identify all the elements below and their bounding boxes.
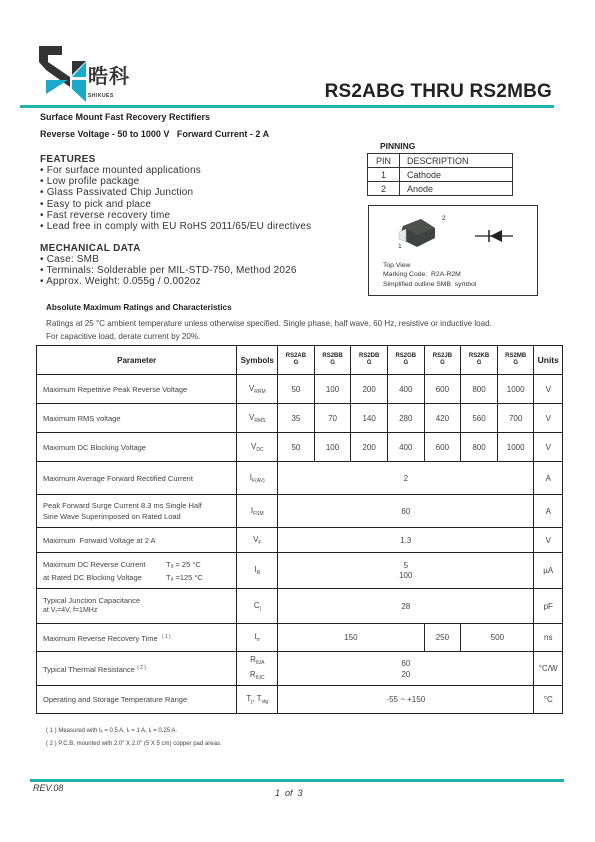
parameter-cell: Maximum DC Reverse CurrentTₐ = 25 °C at … [37, 553, 237, 589]
device-header: RS2GBG [387, 346, 424, 375]
description-column-header: DESCRIPTION [400, 154, 513, 168]
parameter-cell: Maximum Forward Voltage at 2 A [37, 528, 237, 553]
product-subtitle: Surface Mount Fast Recovery Rectifiers [40, 112, 210, 122]
table-row: Maximum RMS voltage VRMS 35 70 140 280 4… [37, 404, 563, 433]
value-cell: 50 [278, 375, 315, 404]
feature-item: Fast reverse recovery time [40, 210, 311, 221]
symbol-cell: Tj, Tstg [237, 686, 278, 714]
ratings-note: Ratings at 25 °C ambient temperature unl… [46, 317, 586, 343]
parameter-cell: Maximum RMS voltage [37, 404, 237, 433]
value-cell: 50 [278, 433, 315, 462]
device-header: RS2BBG [314, 346, 351, 375]
value-cell: -55 ~ +150 [278, 686, 534, 714]
ratings-heading: Absolute Maximum Ratings and Characteris… [46, 303, 232, 312]
value-cell: 1000 [497, 433, 534, 462]
footnotes: ( 1 ) Measured with Iₓ = 0.5 A, Iᵣ = 1 A… [46, 725, 222, 751]
symbol-cell: IF(AV) [237, 462, 278, 495]
value-cell: 1000 [497, 375, 534, 404]
value-cell: 60 [278, 495, 534, 528]
page-title: RS2ABG THRU RS2MBG [325, 81, 552, 103]
value-cell: 560 [461, 404, 498, 433]
unit-cell: A [534, 462, 563, 495]
value-cell: 280 [387, 404, 424, 433]
symbol-cell: trr [237, 624, 278, 652]
brand-name-en: SHIKUES [88, 93, 114, 99]
pinning-table: PIN DESCRIPTION 1 Cathode 2 Anode [367, 153, 513, 196]
symbol-cell: IR [237, 553, 278, 589]
table-header-row: Parameter Symbols RS2ABG RS2BBG RS2DBG R… [37, 346, 563, 375]
value-cell: 700 [497, 404, 534, 433]
mechanical-item: Terminals: Solderable per MIL-STD-750, M… [40, 265, 297, 276]
device-header: RS2KBG [461, 346, 498, 375]
value-cell: 800 [461, 375, 498, 404]
revision-label: REV.08 [33, 783, 63, 793]
symbol-cell: VDC [237, 433, 278, 462]
value-cell: 1.3 [278, 528, 534, 553]
value-cell: 420 [424, 404, 461, 433]
ratings-note-line: Ratings at 25 °C ambient temperature unl… [46, 317, 586, 330]
parameter-cell: Typical Thermal Resistance ( 2 ) [37, 652, 237, 686]
feature-item: Low profile package [40, 176, 311, 187]
value-cell: 600 [424, 375, 461, 404]
device-header: RS2ABG [278, 346, 315, 375]
table-row: 2 Anode [368, 182, 513, 196]
value-cell: 140 [351, 404, 388, 433]
value-cell: 100 [314, 433, 351, 462]
value-cell: 400 [387, 433, 424, 462]
header-divider [20, 105, 554, 108]
table-row: 1 Cathode [368, 168, 513, 182]
pin-number: 2 [368, 182, 400, 196]
table-row: Maximum Repetitive Peak Reverse Voltage … [37, 375, 563, 404]
pinning-header-row: PIN DESCRIPTION [368, 154, 513, 168]
value-cell: 250 [424, 624, 461, 652]
unit-cell: pF [534, 589, 563, 624]
pinning-heading: PINNING [380, 141, 415, 151]
footer-divider [30, 779, 564, 782]
unit-cell: V [534, 433, 563, 462]
parameter-cell: Maximum Average Forward Rectified Curren… [37, 462, 237, 495]
mechanical-list: Case: SMB Terminals: Solderable per MIL-… [40, 254, 297, 288]
unit-cell: ns [534, 624, 563, 652]
feature-item: Glass Passivated Chip Junction [40, 187, 311, 198]
unit-cell: µA [534, 553, 563, 589]
parameter-header: Parameter [37, 346, 237, 375]
value-cell: 200 [351, 375, 388, 404]
features-heading: FEATURES [40, 154, 96, 165]
pin-column-header: PIN [368, 154, 400, 168]
marking-code: Marking Code: R2A-R2M [383, 270, 461, 280]
unit-cell: V [534, 375, 563, 404]
features-list: For surface mounted applications Low pro… [40, 165, 311, 232]
table-row: Maximum Reverse Recovery Time ( 1 ) trr … [37, 624, 563, 652]
pin-description: Anode [400, 182, 513, 196]
parameter-cell: Maximum DC Blocking Voltage [37, 433, 237, 462]
diode-symbol-icon [475, 228, 513, 244]
units-header: Units [534, 346, 563, 375]
table-row: Maximum DC Reverse CurrentTₐ = 25 °C at … [37, 553, 563, 589]
value-cell: 800 [461, 433, 498, 462]
footnote: ( 1 ) Measured with Iₓ = 0.5 A, Iᵣ = 1 A… [46, 725, 222, 738]
table-row: Maximum Average Forward Rectified Curren… [37, 462, 563, 495]
package-outline-box: 2 1 Top View Marking Code: R2A-R2M Simpl… [368, 205, 538, 296]
table-row: Maximum DC Blocking Voltage VDC 50 100 2… [37, 433, 563, 462]
pin-number: 1 [368, 168, 400, 182]
symbol-cell: RθJA RθJC [237, 652, 278, 686]
device-header: RS2MBG [497, 346, 534, 375]
outline-label: Simplified outline SMB symbol [383, 280, 476, 290]
pin2-label: 2 [442, 214, 446, 224]
product-ratings-line: Reverse Voltage - 50 to 1000 V Forward C… [40, 129, 269, 139]
feature-item: Easy to pick and place [40, 199, 311, 210]
brand-name-cn: 晧科 [88, 60, 130, 89]
mechanical-item: Case: SMB [40, 254, 297, 265]
pin-description: Cathode [400, 168, 513, 182]
value-cell: 150 [278, 624, 425, 652]
symbol-cell: VF [237, 528, 278, 553]
table-row: Peak Forward Surge Current 8.3 ms Single… [37, 495, 563, 528]
table-row: Typical Junction Capacitanceat Vᵣ=4V, f=… [37, 589, 563, 624]
value-cell: 2 [278, 462, 534, 495]
unit-cell: °C/W [534, 652, 563, 686]
parameter-cell: Operating and Storage Temperature Range [37, 686, 237, 714]
ratings-table: Parameter Symbols RS2ABG RS2BBG RS2DBG R… [36, 345, 563, 714]
value-cell: 600 [424, 433, 461, 462]
device-header: RS2JBG [424, 346, 461, 375]
value-cell: 500 [461, 624, 534, 652]
mechanical-heading: MECHANICAL DATA [40, 243, 141, 254]
symbol-cell: VRRM [237, 375, 278, 404]
value-cell: 35 [278, 404, 315, 433]
symbol-cell: IFSM [237, 495, 278, 528]
value-cell: 200 [351, 433, 388, 462]
unit-cell: °C [534, 686, 563, 714]
pin1-label: 1 [398, 242, 402, 252]
feature-item: For surface mounted applications [40, 165, 311, 176]
device-header: RS2DBG [351, 346, 388, 375]
value-cell: 400 [387, 375, 424, 404]
parameter-cell: Maximum Repetitive Peak Reverse Voltage [37, 375, 237, 404]
symbols-header: Symbols [237, 346, 278, 375]
symbol-cell: VRMS [237, 404, 278, 433]
value-cell: 70 [314, 404, 351, 433]
feature-item: Lead free in comply with EU RoHS 2011/65… [40, 221, 311, 232]
value-cell: 100 [314, 375, 351, 404]
parameter-cell: Maximum Reverse Recovery Time ( 1 ) [37, 624, 237, 652]
mechanical-item: Approx. Weight: 0.055g / 0.002oz [40, 276, 297, 287]
value-cell: 5100 [278, 553, 534, 589]
footnote: ( 2 ) P.C.B. mounted with 2.0" X 2.0" (5… [46, 738, 222, 751]
ratings-note-line: For capacitive load, derate current by 2… [46, 330, 586, 343]
parameter-cell: Peak Forward Surge Current 8.3 ms Single… [37, 495, 237, 528]
unit-cell: V [534, 528, 563, 553]
table-row: Typical Thermal Resistance ( 2 ) RθJA Rθ… [37, 652, 563, 686]
unit-cell: A [534, 495, 563, 528]
unit-cell: V [534, 404, 563, 433]
symbol-cell: Cj [237, 589, 278, 624]
table-row: Maximum Forward Voltage at 2 A VF 1.3 V [37, 528, 563, 553]
page-number: 1 of 3 [275, 788, 303, 798]
table-row: Operating and Storage Temperature Range … [37, 686, 563, 714]
parameter-cell: Typical Junction Capacitanceat Vᵣ=4V, f=… [37, 589, 237, 624]
value-cell: 28 [278, 589, 534, 624]
value-cell: 6020 [278, 652, 534, 686]
